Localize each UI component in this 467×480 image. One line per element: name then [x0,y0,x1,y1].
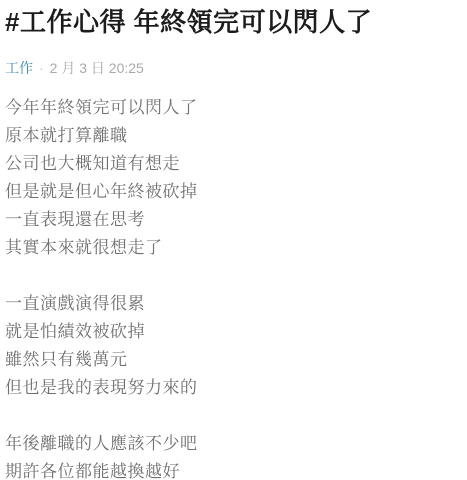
post-line: 今年年終領完可以閃人了 [5,94,457,122]
post-paragraph: 今年年終領完可以閃人了 原本就打算離職 公司也大概知道有想走 但是就是但心年終被… [5,94,457,262]
post-paragraph: 年後離職的人應該不少吧 期許各位都能越換越好 [5,430,457,480]
post-paragraph: 一直演戲演得很累 就是怕績效被砍掉 雖然只有幾萬元 但也是我的表現努力來的 [5,290,457,402]
post-content: 今年年終領完可以閃人了 原本就打算離職 公司也大概知道有想走 但是就是但心年終被… [5,94,457,480]
post-line: 就是怕績效被砍掉 [5,318,457,346]
post-line: 原本就打算離職 [5,122,457,150]
post-line: 其實本來就很想走了 [5,234,457,262]
post-line: 一直表現還在思考 [5,206,457,234]
forum-post: #工作心得 年終領完可以閃人了 工作 · 2 月 3 日 20:25 今年年終領… [0,0,467,480]
post-title: #工作心得 年終領完可以閃人了 [5,5,457,39]
post-line: 公司也大概知道有想走 [5,150,457,178]
post-timestamp: 2 月 3 日 20:25 [50,60,144,76]
post-line: 但是就是但心年終被砍掉 [5,178,457,206]
post-line: 雖然只有幾萬元 [5,346,457,374]
post-meta: 工作 · 2 月 3 日 20:25 [5,60,457,76]
meta-separator: · [39,60,44,76]
post-line: 但也是我的表現努力來的 [5,374,457,402]
post-line: 一直演戲演得很累 [5,290,457,318]
post-line: 年後離職的人應該不少吧 [5,430,457,458]
forum-category-link[interactable]: 工作 [5,60,33,76]
post-line: 期許各位都能越換越好 [5,458,457,480]
